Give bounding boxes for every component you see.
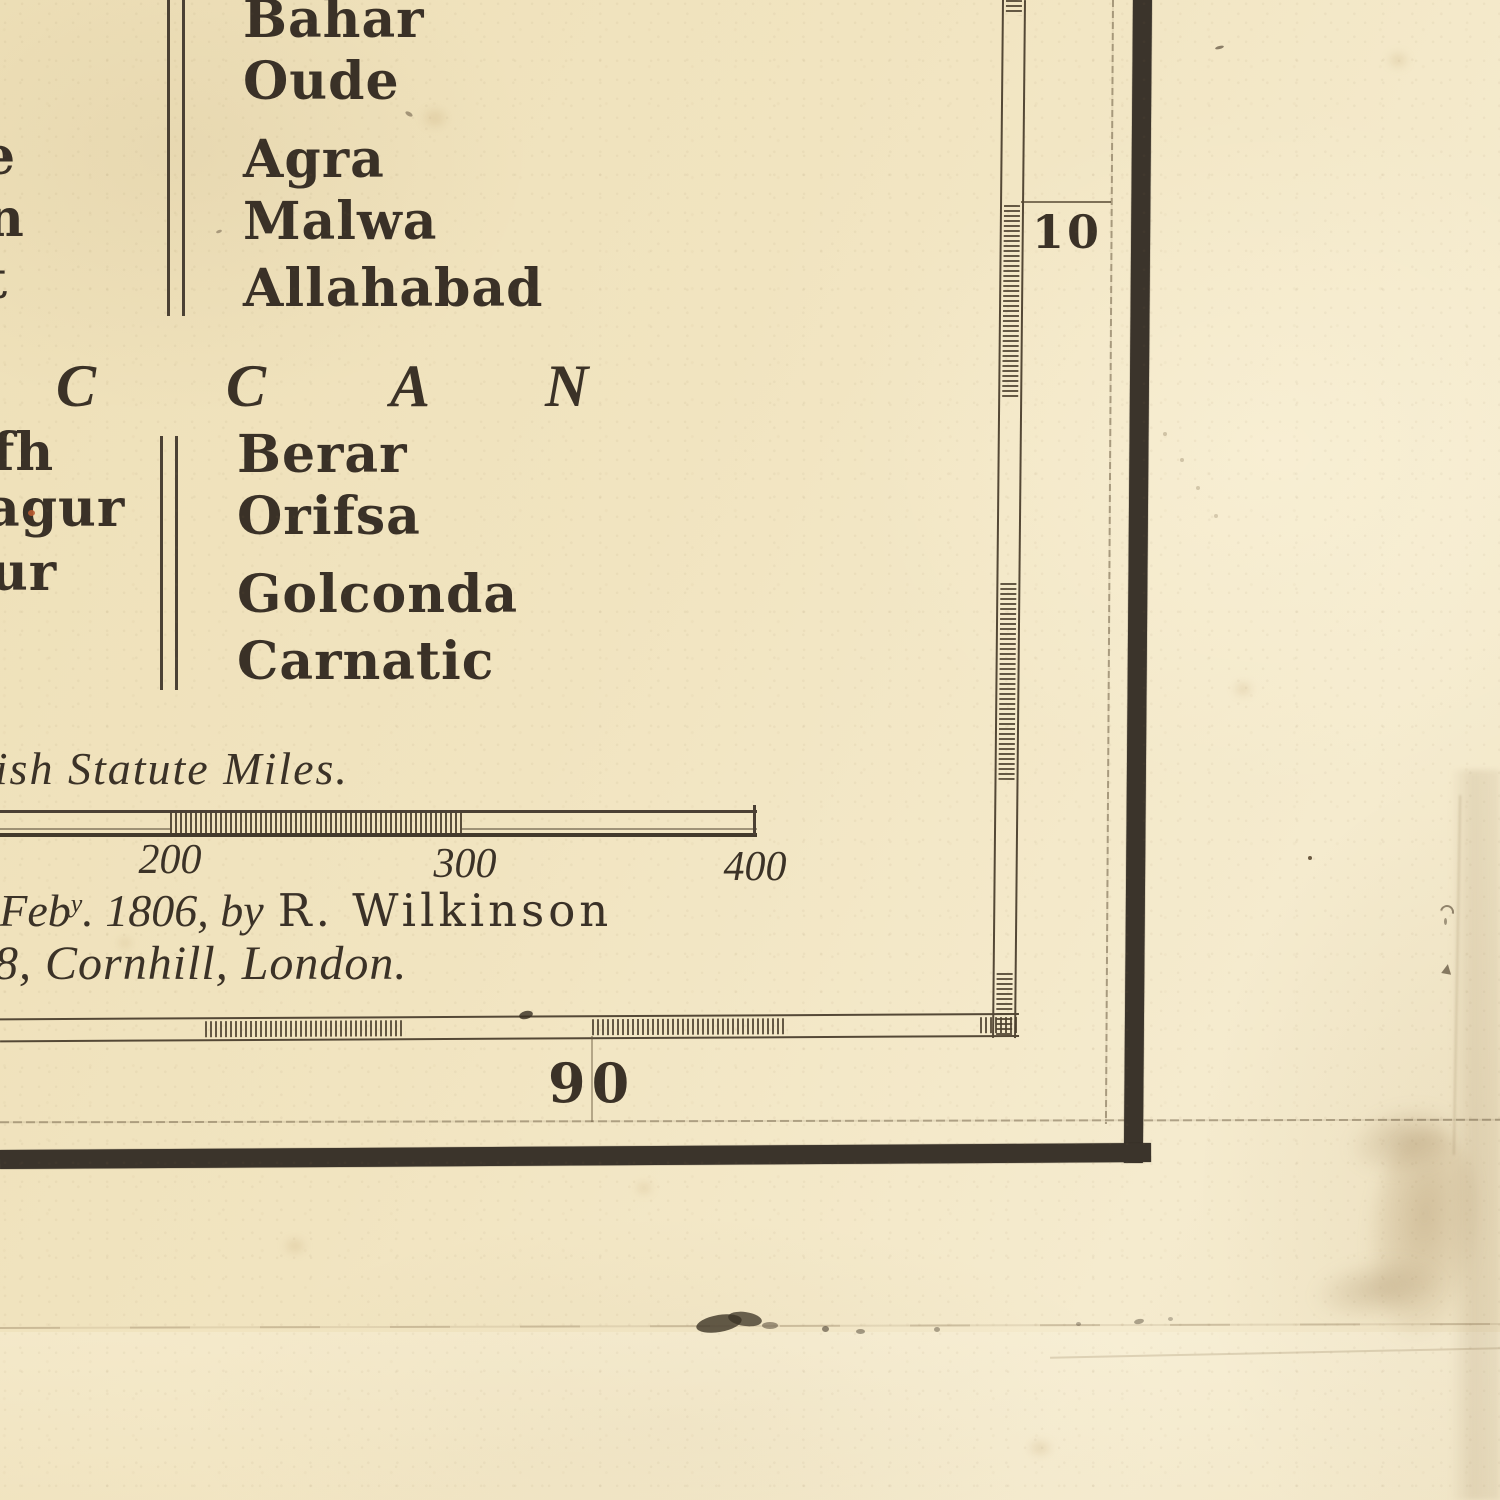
scale-tick-label: 200 (120, 836, 220, 884)
province-partial: e (0, 128, 16, 185)
neatline-faint-horizontal (0, 1119, 1500, 1124)
scale-bar-end-tick (753, 805, 756, 835)
imprint-line-2: 8, Cornhill, London. (0, 936, 407, 991)
map-border-bottom (0, 1143, 1151, 1169)
imprint-date-rest: . 1806, by (82, 885, 263, 936)
paper-speck (1168, 1317, 1173, 1321)
paper-speck (822, 1326, 829, 1332)
scale-bar-label: tish Statute Miles. (0, 742, 349, 795)
graticule-band-right (992, 0, 1026, 1038)
province-label: Malwa (243, 193, 437, 250)
ink-smudge (762, 1322, 778, 1329)
province-partial: ur (0, 544, 57, 601)
imprint-publisher: R. Wilkinson (278, 884, 613, 937)
graticule-hatch (980, 1017, 1019, 1033)
scale-tick-label: 400 (705, 843, 805, 891)
foxing-spot (282, 1236, 308, 1256)
heading-letter: A (390, 352, 430, 421)
scale-bar-hatch-segment (170, 813, 462, 833)
scale-tick-label: 300 (415, 840, 515, 888)
province-partial: agur (0, 480, 125, 537)
paper-speck (1180, 458, 1184, 462)
foxing-spot (634, 1180, 654, 1196)
neatline-faint-vertical (1105, 0, 1114, 1124)
province-partial: fh (0, 424, 54, 481)
latitude-label: 10 (1032, 205, 1102, 259)
province-label: Allahabad (243, 260, 543, 317)
paper-speck (1308, 856, 1312, 860)
foxing-spot (1232, 680, 1254, 698)
graticule-hatch (592, 1018, 787, 1035)
foxing-spot (1026, 1438, 1054, 1458)
province-label: Agra (243, 131, 385, 188)
graticule-band-bottom (0, 1013, 1019, 1042)
paper-speck (1215, 45, 1224, 50)
province-label: Oude (243, 53, 400, 110)
heading-letter: C (56, 352, 96, 421)
paper-speck (1214, 514, 1218, 518)
imprint-date: tFeby. 1806, by (0, 885, 264, 936)
sheet-edge-band (0, 1332, 1500, 1500)
map-border-right (1124, 0, 1152, 1163)
legend-divider-lower (160, 436, 178, 690)
latitude-tick (1021, 201, 1111, 203)
imprint-sup-y: y (71, 889, 83, 918)
province-label: Berar (237, 426, 408, 483)
scale-bar-segment (0, 828, 170, 830)
province-label: Golconda (237, 566, 518, 623)
antique-map-sheet: e n t Bahar Oude Agra Malwa Allahabad C … (0, 0, 1500, 1500)
paper-speck (856, 1329, 865, 1334)
imprint-line-1: tFeby. 1806, byR. Wilkinson (0, 884, 612, 937)
paper-speck (1163, 432, 1167, 436)
graticule-hatch (1002, 205, 1020, 400)
paper-speck (405, 110, 414, 117)
province-partial: t (0, 252, 8, 309)
legend-divider-upper (167, 0, 185, 316)
ink-mark-triangle (1441, 963, 1453, 975)
paper-speck (1076, 1322, 1081, 1326)
graticule-hatch (999, 583, 1017, 780)
scale-bar-segment (462, 828, 757, 830)
paper-speck (1196, 486, 1200, 490)
graticule-hatch (205, 1020, 405, 1037)
red-speck (28, 510, 35, 516)
foxing-spot (1386, 50, 1410, 70)
province-label: Orifsa (237, 488, 421, 545)
ink-mark (1444, 918, 1447, 925)
paper-speck (216, 229, 223, 234)
graticule-hatch (1006, 0, 1022, 15)
heading-letter: C (226, 352, 266, 421)
province-label: Bahar (243, 0, 425, 48)
imprint-feb: Feb (0, 885, 71, 936)
scale-bar (0, 810, 757, 837)
heading-letter: N (545, 352, 588, 421)
province-label: Carnatic (237, 633, 494, 690)
longitude-label: 90 (548, 1051, 635, 1115)
paper-speck (934, 1327, 940, 1332)
province-partial: n (0, 190, 25, 247)
foxing-spot (420, 106, 450, 130)
